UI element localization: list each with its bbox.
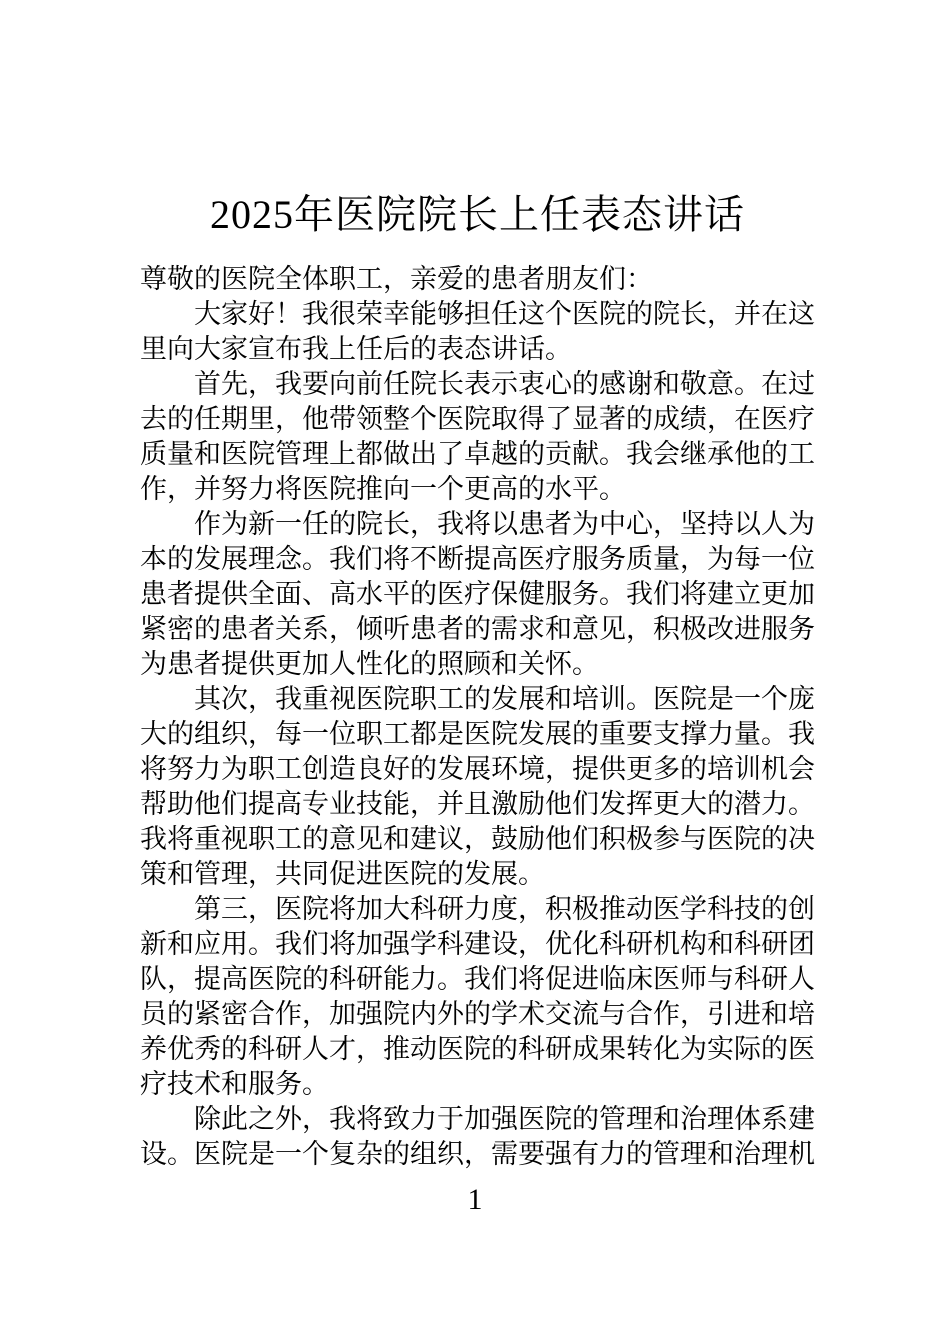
document-body: 尊敬的医院全体职工，亲爱的患者朋友们： 大家好！我很荣幸能够担任这个医院的院长，… [140,262,815,1172]
body-paragraph: 作为新一任的院长，我将以患者为中心，坚持以人为本的发展理念。我们将不断提高医疗服… [140,507,815,682]
body-paragraph: 大家好！我很荣幸能够担任这个医院的院长，并在这里向大家宣布我上任后的表态讲话。 [140,297,815,367]
body-paragraph: 其次，我重视医院职工的发展和培训。医院是一个庞大的组织，每一位职工都是医院发展的… [140,682,815,892]
document-title: 2025年医院院长上任表态讲话 [140,187,815,243]
body-paragraph: 第三，医院将加大科研力度，积极推动医学科技的创新和应用。我们将加强学科建设，优化… [140,892,815,1102]
salutation-paragraph: 尊敬的医院全体职工，亲爱的患者朋友们： [140,262,815,297]
body-paragraph: 首先，我要向前任院长表示衷心的感谢和敬意。在过去的任期里，他带领整个医院取得了显… [140,367,815,507]
body-paragraph: 除此之外，我将致力于加强医院的管理和治理体系建设。医院是一个复杂的组织，需要强有… [140,1102,815,1172]
document-page: 2025年医院院长上任表态讲话 尊敬的医院全体职工，亲爱的患者朋友们： 大家好！… [0,0,950,1344]
page-number: 1 [0,1183,950,1217]
